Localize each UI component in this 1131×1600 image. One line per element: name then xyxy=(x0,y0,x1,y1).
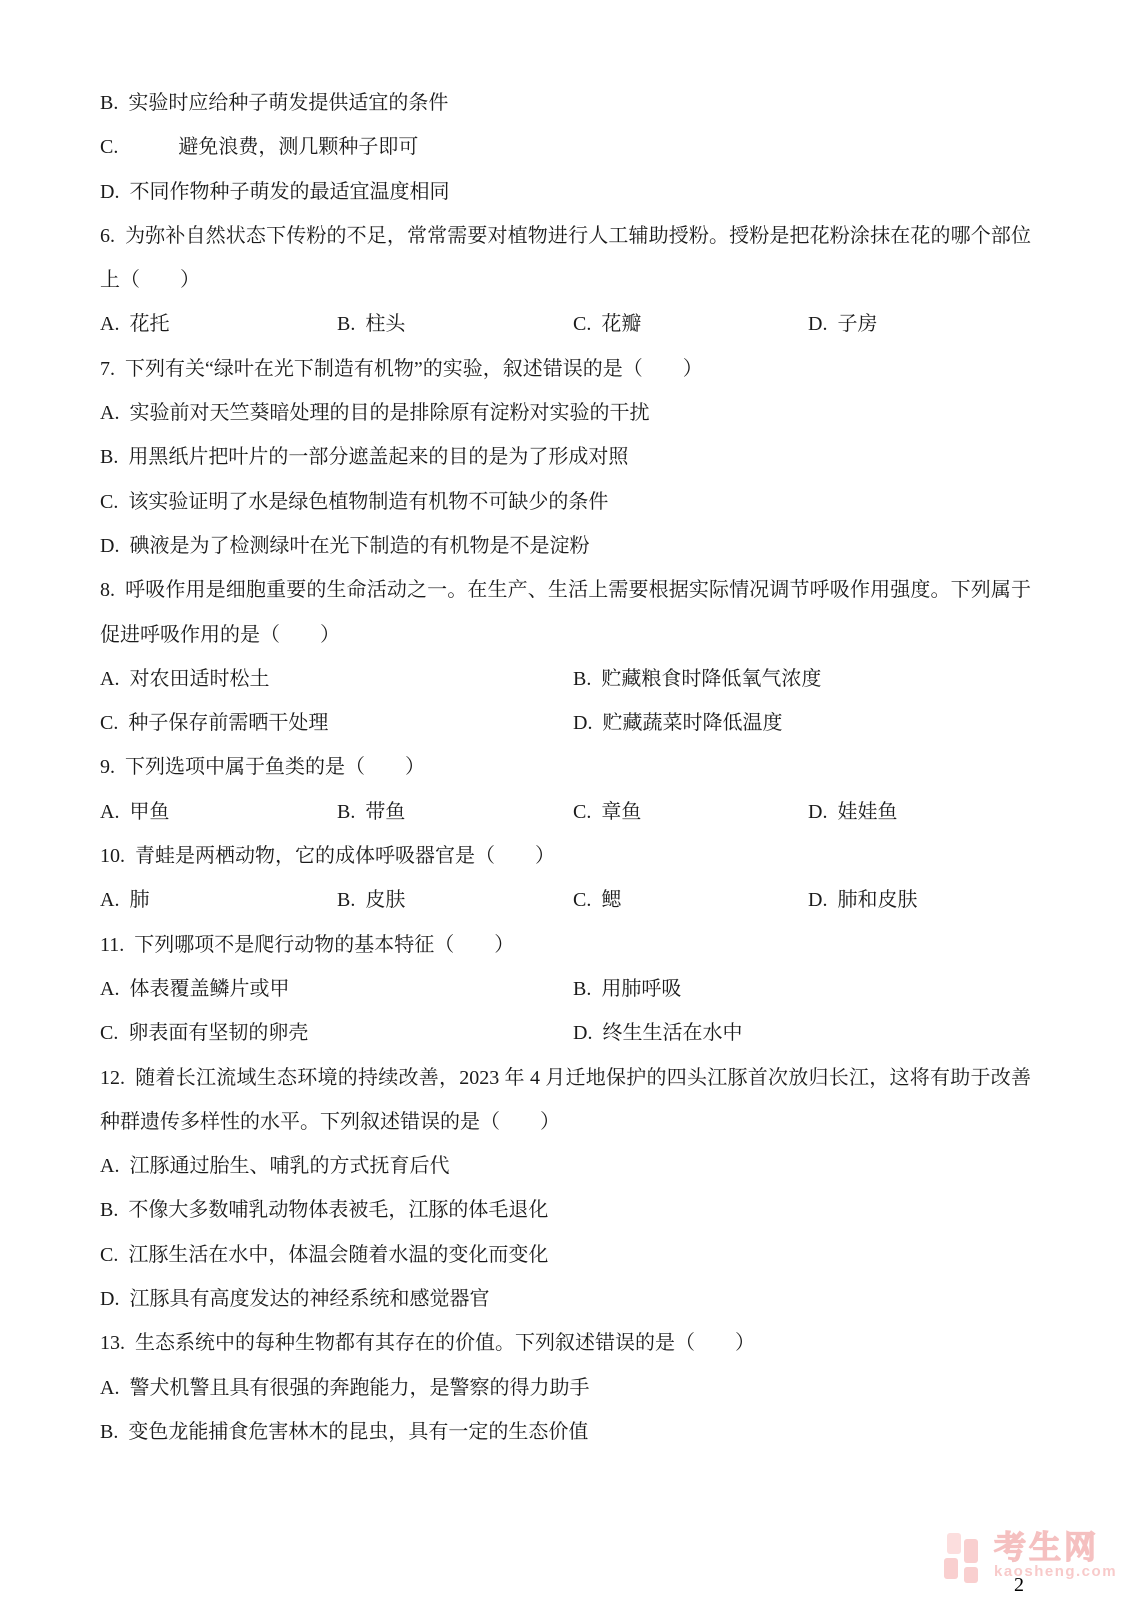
q10-options-row: A. 肺 B. 皮肤 C. 鳃 D. 肺和皮肤 xyxy=(100,878,1031,922)
q8-stem-line-2: 促进呼吸作用的是（ ） xyxy=(100,613,1031,657)
q7-option-a: A. 实验前对天竺葵暗处理的目的是排除原有淀粉对实验的干扰 xyxy=(100,391,1031,435)
q8-options-row-cd: C. 种子保存前需晒干处理 D. 贮藏蔬菜时降低温度 xyxy=(100,701,1031,745)
q7-option-c: C. 该实验证明了水是绿色植物制造有机物不可缺少的条件 xyxy=(100,480,1031,524)
q8-option-d: D. 贮藏蔬菜时降低温度 xyxy=(573,701,782,745)
q11-option-b: B. 用肺呼吸 xyxy=(573,967,681,1011)
q12-stem-line-1: 12. 随着长江流域生态环境的持续改善，2023 年 4 月迁地保护的四头江豚首… xyxy=(100,1056,1031,1100)
q8-option-a: A. 对农田适时松土 xyxy=(100,657,269,701)
q7-option-b: B. 用黑纸片把叶片的一部分遮盖起来的目的是为了形成对照 xyxy=(100,435,1031,479)
q11-options-row-ab: A. 体表覆盖鳞片或甲 B. 用肺呼吸 xyxy=(100,967,1031,1011)
q9-option-d: D. 娃娃鱼 xyxy=(808,790,897,834)
q11-stem: 11. 下列哪项不是爬行动物的基本特征（ ） xyxy=(100,923,1031,967)
q10-option-b: B. 皮肤 xyxy=(337,878,405,922)
exam-body: B. 实验时应给种子萌发提供适宜的条件 C. 避免浪费，测几颗种子即可 D. 不… xyxy=(100,81,1031,1454)
q7-stem: 7. 下列有关“绿叶在光下制造有机物”的实验，叙述错误的是（ ） xyxy=(100,347,1031,391)
q12-option-b: B. 不像大多数哺乳动物体表被毛，江豚的体毛退化 xyxy=(100,1188,1031,1232)
q6-option-b: B. 柱头 xyxy=(337,302,405,346)
q9-option-c: C. 章鱼 xyxy=(573,790,641,834)
q5-option-b: B. 实验时应给种子萌发提供适宜的条件 xyxy=(100,81,1031,125)
q13-stem: 13. 生态系统中的每种生物都有其存在的价值。下列叙述错误的是（ ） xyxy=(100,1321,1031,1365)
q12-option-a: A. 江豚通过胎生、哺乳的方式抚育后代 xyxy=(100,1144,1031,1188)
q10-stem: 10. 青蛙是两栖动物，它的成体呼吸器官是（ ） xyxy=(100,834,1031,878)
kaosheng-watermark: 考生网 kaosheng.com xyxy=(944,1530,1119,1586)
q5-option-d: D. 不同作物种子萌发的最适宜温度相同 xyxy=(100,170,1031,214)
q13-option-a: A. 警犬机警且具有很强的奔跑能力，是警察的得力助手 xyxy=(100,1366,1031,1410)
q13-option-b: B. 变色龙能捕食危害林木的昆虫，具有一定的生态价值 xyxy=(100,1410,1031,1454)
q6-option-d: D. 子房 xyxy=(808,302,877,346)
q11-option-d: D. 终生生活在水中 xyxy=(573,1011,742,1055)
q8-option-b: B. 贮藏粮食时降低氧气浓度 xyxy=(573,657,821,701)
q6-options-row: A. 花托 B. 柱头 C. 花瓣 D. 子房 xyxy=(100,302,1031,346)
q6-stem-line-1: 6. 为弥补自然状态下传粉的不足，常常需要对植物进行人工辅助授粉。授粉是把花粉涂… xyxy=(100,214,1031,258)
watermark-site-domain: kaosheng.com xyxy=(994,1564,1117,1579)
watermark-site-name: 考生网 xyxy=(994,1530,1117,1564)
kaosheng-logo-icon xyxy=(944,1533,982,1583)
q6-stem-line-2: 上（ ） xyxy=(100,258,1031,302)
q8-stem-line-1: 8. 呼吸作用是细胞重要的生命活动之一。在生产、生活上需要根据实际情况调节呼吸作… xyxy=(100,568,1031,612)
q11-option-c: C. 卵表面有坚韧的卵壳 xyxy=(100,1011,308,1055)
q12-stem-line-2: 种群遗传多样性的水平。下列叙述错误的是（ ） xyxy=(100,1100,1031,1144)
q8-options-row-ab: A. 对农田适时松土 B. 贮藏粮食时降低氧气浓度 xyxy=(100,657,1031,701)
q6-option-c: C. 花瓣 xyxy=(573,302,641,346)
q11-options-row-cd: C. 卵表面有坚韧的卵壳 D. 终生生活在水中 xyxy=(100,1011,1031,1055)
q10-option-a: A. 肺 xyxy=(100,878,149,922)
q8-option-c: C. 种子保存前需晒干处理 xyxy=(100,701,328,745)
q9-option-a: A. 甲鱼 xyxy=(100,790,169,834)
page-number: 2 xyxy=(1014,1573,1024,1597)
q9-options-row: A. 甲鱼 B. 带鱼 C. 章鱼 D. 娃娃鱼 xyxy=(100,790,1031,834)
exam-page: B. 实验时应给种子萌发提供适宜的条件 C. 避免浪费，测几颗种子即可 D. 不… xyxy=(0,0,1131,1600)
q9-option-b: B. 带鱼 xyxy=(337,790,405,834)
q12-option-c: C. 江豚生活在水中，体温会随着水温的变化而变化 xyxy=(100,1233,1031,1277)
watermark-text: 考生网 kaosheng.com xyxy=(994,1530,1117,1579)
q6-option-a: A. 花托 xyxy=(100,302,169,346)
q12-option-d: D. 江豚具有高度发达的神经系统和感觉器官 xyxy=(100,1277,1031,1321)
q7-option-d: D. 碘液是为了检测绿叶在光下制造的有机物是不是淀粉 xyxy=(100,524,1031,568)
q10-option-d: D. 肺和皮肤 xyxy=(808,878,917,922)
q5-option-c: C. 避免浪费，测几颗种子即可 xyxy=(100,125,1031,169)
q11-option-a: A. 体表覆盖鳞片或甲 xyxy=(100,967,289,1011)
q9-stem: 9. 下列选项中属于鱼类的是（ ） xyxy=(100,745,1031,789)
q10-option-c: C. 鳃 xyxy=(573,878,621,922)
